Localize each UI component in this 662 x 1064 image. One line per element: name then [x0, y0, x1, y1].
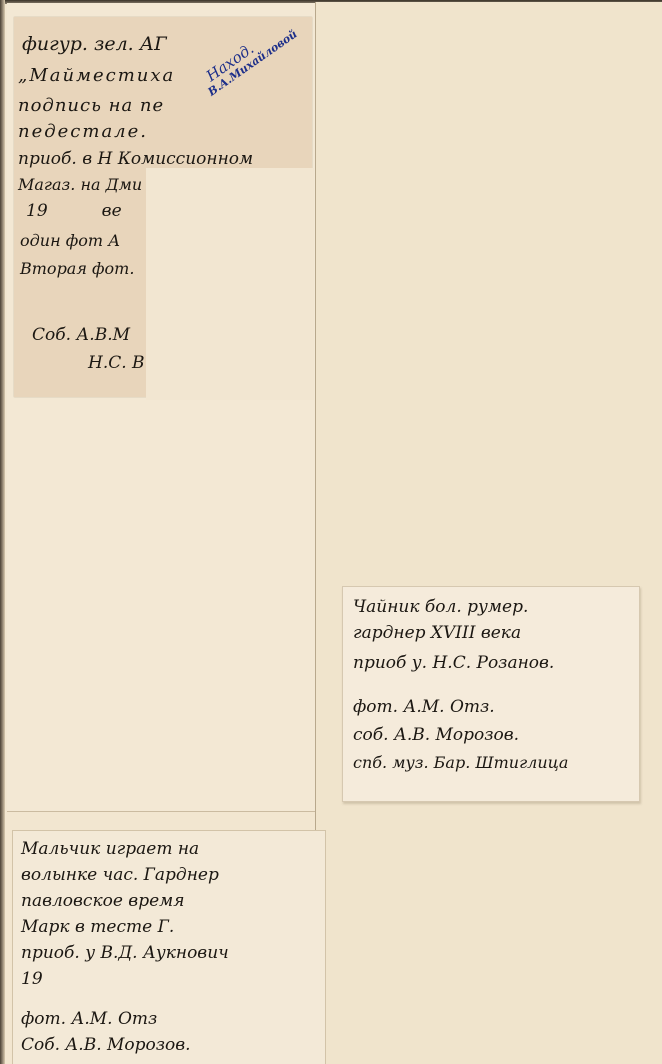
label-line: Соб. А.В.М [32, 327, 130, 344]
label-line: Соб. А.В. Морозов. [21, 1037, 191, 1054]
label-line: 19 [21, 971, 43, 988]
album-page: фигур. зел. АГ „Майместиха подпись на пе… [0, 0, 662, 1064]
label-line: приоб. в Н Комиссионном [18, 151, 253, 168]
label-line: павловское время [21, 893, 185, 910]
label-line: спб. муз. Бар. Штиглица [353, 755, 568, 771]
right-backing-sheet [315, 2, 662, 1064]
overlapping-paper-strip [146, 168, 314, 400]
label-line: Н.С. В [88, 355, 145, 372]
label-line: приоб у. Н.С. Розанов. [353, 655, 554, 672]
label-line: 19 ве [26, 203, 122, 220]
label-line: Мальчик играет на [21, 841, 199, 858]
label-line: Чайник бол. румер. [353, 599, 528, 616]
label-line: „Майместиха [18, 67, 175, 85]
page-left-edge [0, 0, 5, 1064]
label-line: фот. А.М. Отз [21, 1011, 157, 1028]
label-line: Вторая фот. [20, 261, 134, 277]
label-line: соб. А.В. Морозов. [353, 727, 519, 744]
label-line: фот. А.М. Отз. [353, 699, 495, 716]
label-right: Чайник бол. румер. гарднер XVIII века пр… [342, 586, 640, 802]
label-line: один фот А [20, 233, 120, 249]
label-line: гарднер XVIII века [353, 625, 521, 642]
label-line: фигур. зел. АГ [22, 35, 167, 54]
label-line: приоб. у В.Д. Аукнович [21, 945, 229, 962]
label-line: педестале. [18, 123, 148, 141]
label-line: волынке час. Гарднер [21, 867, 219, 884]
ownership-stamp: Наход. В.А.Михайловой [204, 16, 299, 93]
label-line: Марк в тесте Г. [21, 919, 174, 936]
label-line: подпись на пе [18, 97, 164, 115]
label-line: Магаз. на Дми [18, 177, 142, 193]
label-bottom-left: Мальчик играет на волынке час. Гарднер п… [12, 830, 326, 1064]
